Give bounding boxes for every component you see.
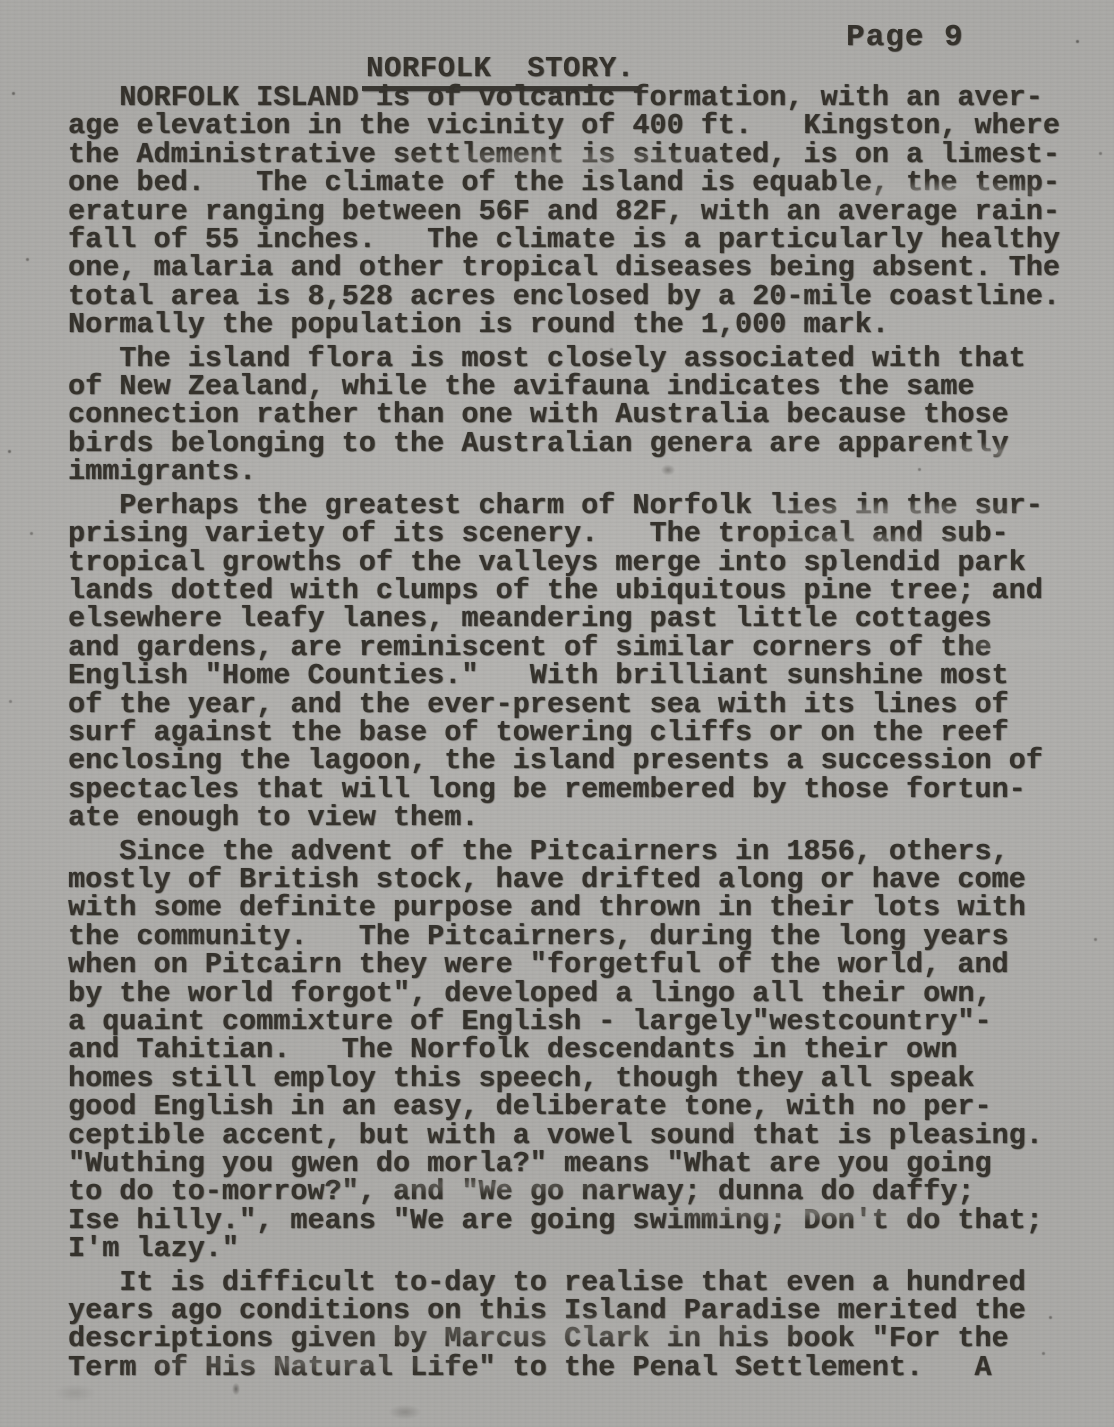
text-line: Term of His Natural Life" to the Penal S… [68,1354,1088,1382]
text-line: good English in an easy, deliberate tone… [68,1093,1088,1121]
text-line: elsewhere leafy lanes, meandering past l… [68,605,1088,633]
text-line: a quaint commixture of English - largely… [68,1008,1088,1036]
text-line: fall of 55 inches. The climate is a part… [68,226,1088,254]
text-line: homes still employ this speech, though t… [68,1065,1088,1093]
paragraph: Perhaps the greatest charm of Norfolk li… [68,492,1088,833]
text-line: The island flora is most closely associa… [68,345,1088,373]
text-line: when on Pitcairn they were "forgetful of… [68,951,1088,979]
text-line: ceptible accent, but with a vowel sound … [68,1122,1088,1150]
paragraph: NORFOLK ISLAND is of volcanic formation,… [68,84,1088,340]
page-number: Page 9 [846,20,964,55]
text-line: age elevation in the vicinity of 400 ft.… [68,112,1088,140]
text-line: ate enough to view them. [68,804,1088,832]
text-line: mostly of British stock, have drifted al… [68,866,1088,894]
text-line: Normally the population is round the 1,0… [68,311,1088,339]
text-line: I'm lazy." [68,1235,1088,1263]
text-line: NORFOLK ISLAND is of volcanic formation,… [68,84,1088,112]
text-line: Since the advent of the Pitcairners in 1… [68,838,1088,866]
paragraph: It is difficult to-day to realise that e… [68,1269,1088,1383]
text-line: the community. The Pitcairners, during t… [68,923,1088,951]
text-line: spectacles that will long be remembered … [68,776,1088,804]
text-line: birds belonging to the Australian genera… [68,430,1088,458]
text-line: the Administrative settlement is situate… [68,141,1088,169]
text-line: and gardens, are reminiscent of similar … [68,634,1088,662]
text-line: one, malaria and other tropical diseases… [68,254,1088,282]
text-line: Ise hilly.", means "We are going swimmin… [68,1207,1088,1235]
text-line: descriptions given by Marcus Clark in hi… [68,1325,1088,1353]
text-line: of the year, and the ever-present sea wi… [68,691,1088,719]
text-line: Perhaps the greatest charm of Norfolk li… [68,492,1088,520]
paragraph: Since the advent of the Pitcairners in 1… [68,838,1088,1264]
paper-speck-layer [0,0,3,3]
text-line: and Tahitian. The Norfolk descendants in… [68,1036,1088,1064]
text-line: one bed. The climate of the island is eq… [68,169,1088,197]
text-line: with some definite purpose and thrown in… [68,894,1088,922]
paragraphs: NORFOLK ISLAND is of volcanic formation,… [68,84,1088,1382]
text-line: total area is 8,528 acres enclosed by a … [68,283,1088,311]
text-line: years ago conditions on this Island Para… [68,1297,1088,1325]
text-line: to do to-morrow?", and "We go narway; du… [68,1178,1088,1206]
text-line: prising variety of its scenery. The trop… [68,520,1088,548]
text-line: lands dotted with clumps of the ubiquito… [68,577,1088,605]
document-body: NORFOLK ISLAND is of volcanic formation,… [68,84,1088,1387]
text-line: surf against the base of towering cliffs… [68,719,1088,747]
text-line: It is difficult to-day to realise that e… [68,1269,1088,1297]
text-line: enclosing the lagoon, the island present… [68,747,1088,775]
text-line: tropical growths of the valleys merge in… [68,549,1088,577]
paragraph: The island flora is most closely associa… [68,345,1088,487]
text-line: English "Home Counties." With brilliant … [68,662,1088,690]
text-line: immigrants. [68,458,1088,486]
text-line: by the world forgot", developed a lingo … [68,980,1088,1008]
text-line: connection rather than one with Australi… [68,401,1088,429]
text-line: "Wuthing you gwen do morla?" means "What… [68,1150,1088,1178]
document-page: Page 9 NORFOLK STORY. NORFOLK ISLAND is … [0,0,1114,1427]
text-line: of New Zealand, while the avifauna indic… [68,373,1088,401]
text-line: erature ranging between 56F and 82F, wit… [68,198,1088,226]
